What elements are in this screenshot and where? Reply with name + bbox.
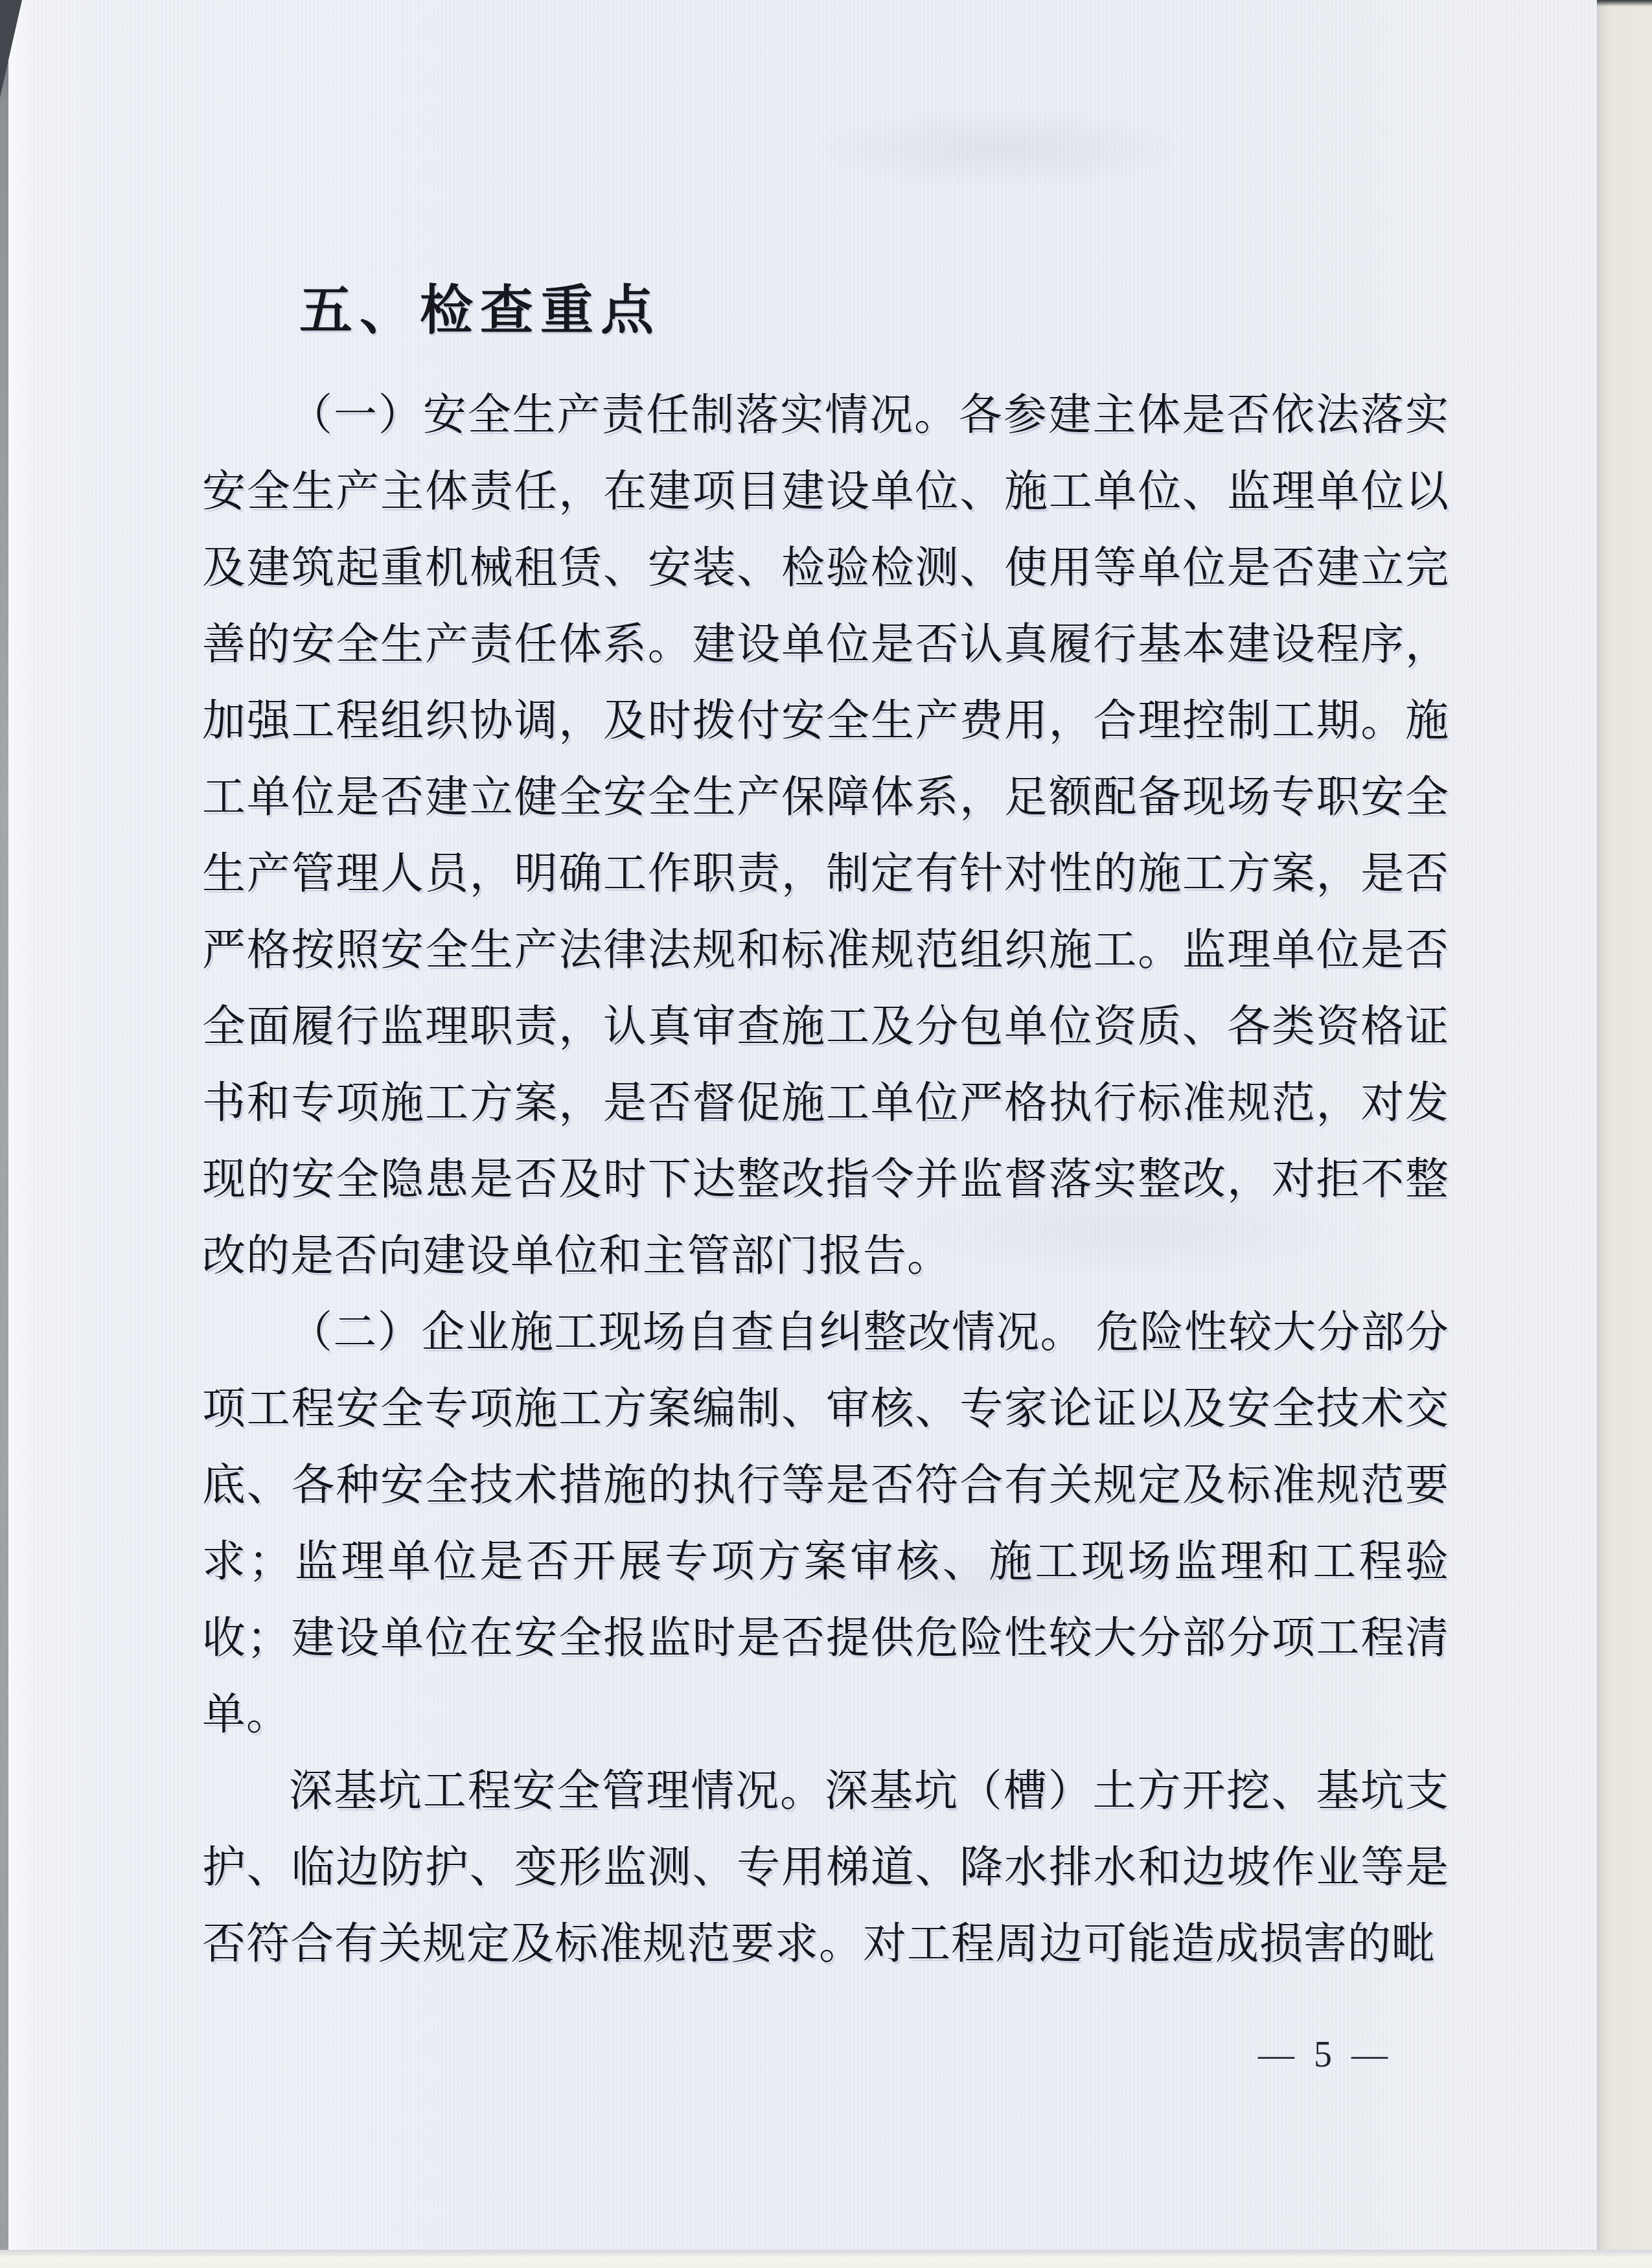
paragraph-deep-foundation-pit-safety: 深基坑工程安全管理情况。深基坑（槽）土方开挖、基坑支护、临边防护、变形监测、专用… (202, 1753, 1449, 1982)
underlying-page-top-shadow (1597, 0, 1652, 6)
scanned-document-page: 五、检查重点 （一）安全生产责任制落实情况。各参建主体是否依法落实安全生产主体责… (0, 0, 1652, 2268)
paragraph-self-inspection-rectification: （二）企业施工现场自查自纠整改情况。 危险性较大分部分项工程安全专项施工方案编制… (202, 1294, 1449, 1753)
document-body: 五、检查重点 （一）安全生产责任制落实情况。各参建主体是否依法落实安全生产主体责… (202, 279, 1449, 1982)
section-heading: 五、检查重点 (202, 279, 1449, 343)
page-left-highlight (8, 0, 36, 2268)
page-bottom-edge (0, 2250, 1652, 2268)
paragraph-responsibility-implementation: （一）安全生产责任制落实情况。各参建主体是否依法落实安全生产主体责任，在建项目建… (202, 377, 1449, 1294)
page-left-edge (0, 0, 8, 2268)
page-number: — 5 — (1258, 2035, 1393, 2074)
underlying-page-edge (1597, 0, 1652, 2268)
